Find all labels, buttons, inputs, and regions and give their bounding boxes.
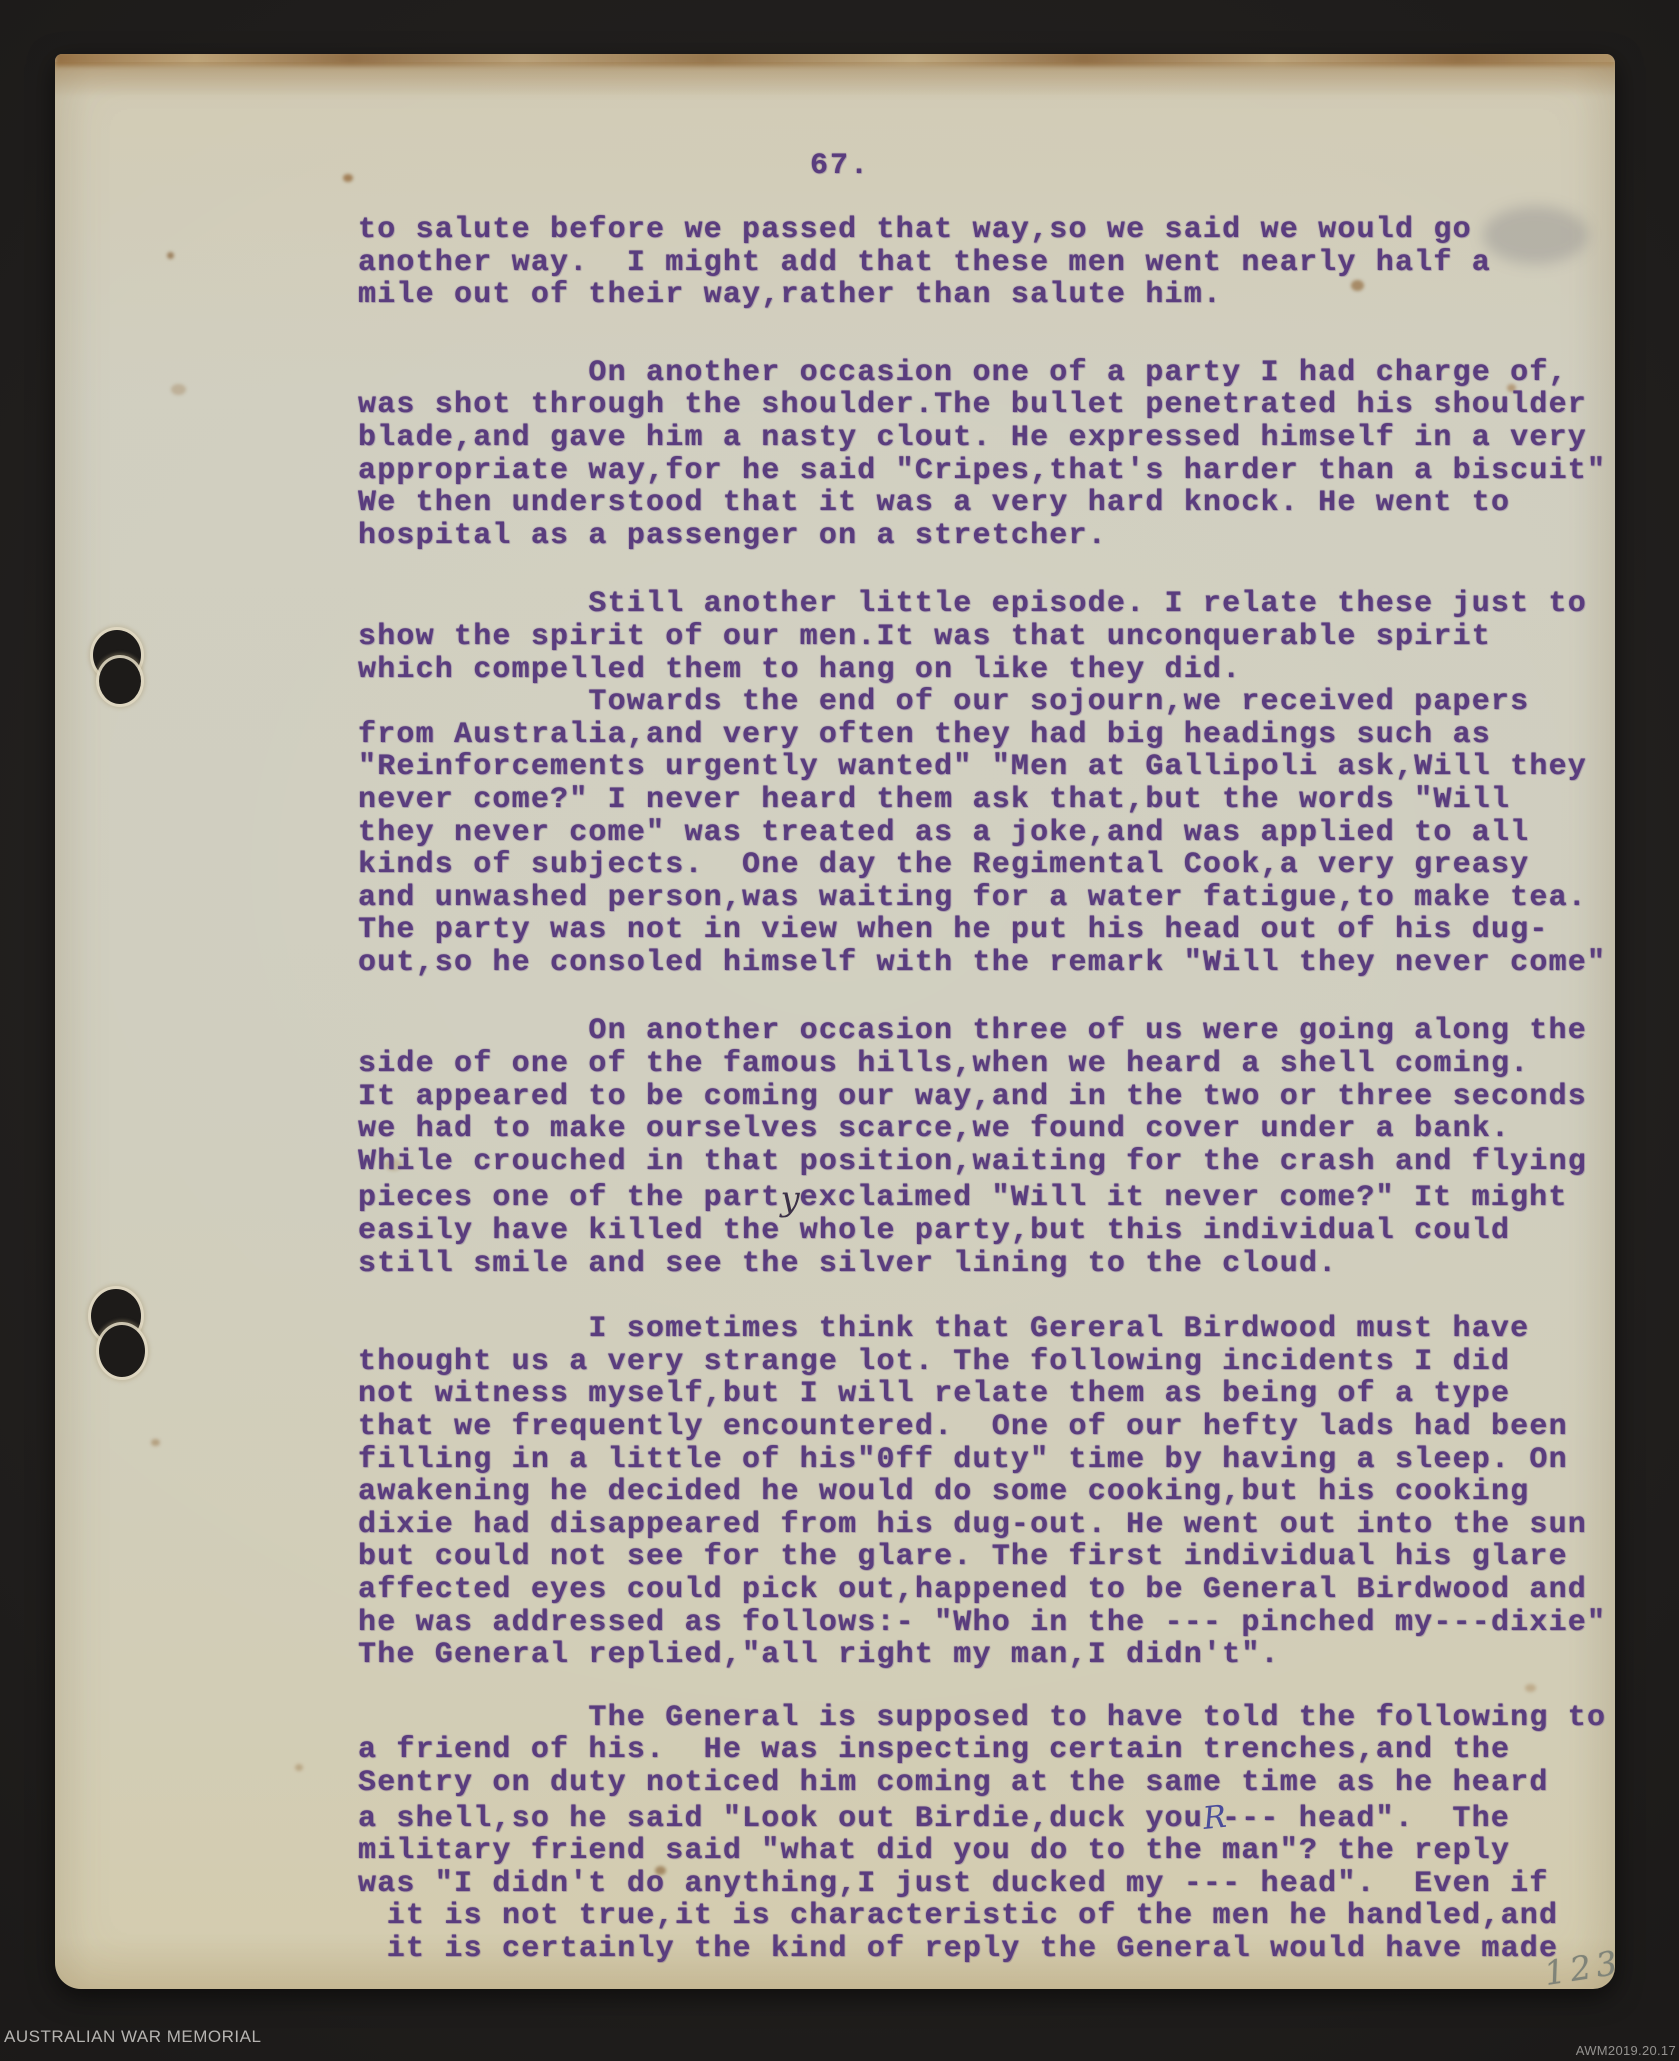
foxing-spot (295, 1764, 303, 1771)
foxing-spot (151, 1439, 160, 1446)
typed-line: another way. I might add that these men … (358, 247, 1615, 280)
typed-line: The General replied,"all right my man,I … (358, 1639, 1615, 1672)
typed-line: pieces one of the partyexclaimed "Will i… (358, 1178, 1615, 1215)
watermark-institution: AUSTRALIAN WAR MEMORIAL (4, 2027, 261, 2047)
typed-line: show the spirit of our men.It was that u… (358, 621, 1615, 654)
typed-line: thought us a very strange lot. The follo… (358, 1346, 1615, 1379)
typed-line: easily have killed the whole party,but t… (358, 1215, 1615, 1248)
foxing-spot (167, 252, 174, 259)
typed-line: it is not true,it is characteristic of t… (358, 1900, 1615, 1933)
typed-line: It appeared to be coming our way,and in … (358, 1081, 1615, 1114)
typed-line: hospital as a passenger on a stretcher. (358, 520, 1615, 553)
typed-line: still smile and see the silver lining to… (358, 1248, 1615, 1281)
typed-line: that we frequently encountered. One of o… (358, 1411, 1615, 1444)
typed-line: Sentry on duty noticed him coming at the… (358, 1767, 1615, 1800)
typed-line: Still another little episode. I relate t… (358, 588, 1615, 621)
typed-line: out,so he consoled himself with the rema… (358, 947, 1615, 980)
typed-line: affected eyes could pick out,happened to… (358, 1574, 1615, 1607)
paragraph: On another occasion three of us were goi… (358, 1015, 1615, 1280)
typed-line: I sometimes think that Gereral Birdwood … (358, 1313, 1615, 1346)
foxing-spot (171, 384, 186, 395)
typed-line: which compelled them to hang on like the… (358, 654, 1615, 687)
typed-line: we had to make ourselves scarce,we found… (358, 1113, 1615, 1146)
typed-line: On another occasion three of us were goi… (358, 1015, 1615, 1048)
paragraph: The General is supposed to have told the… (358, 1702, 1615, 1966)
typed-line: but could not see for the glare. The fir… (358, 1541, 1615, 1574)
typed-line: they never come" was treated as a joke,a… (358, 817, 1615, 850)
punch-hole-upper (91, 630, 149, 708)
typed-line: blade,and gave him a nasty clout. He exp… (358, 422, 1615, 455)
typed-line: was shot through the shoulder.The bullet… (358, 389, 1615, 422)
typed-line: and unwashed person,was waiting for a wa… (358, 882, 1615, 915)
typed-line: military friend said "what did you do to… (358, 1835, 1615, 1868)
paragraph: I sometimes think that Gereral Birdwood … (358, 1313, 1615, 1672)
watermark-accession-number: AWM2019.20.17 (1576, 2043, 1676, 2058)
typed-line: he was addressed as follows:- "Who in th… (358, 1607, 1615, 1640)
typed-line: never come?" I never heard them ask that… (358, 784, 1615, 817)
foxing-spot (343, 174, 353, 182)
document-page: 67. to salute before we passed that way,… (55, 54, 1615, 1989)
typed-line: The party was not in view when he put hi… (358, 914, 1615, 947)
typed-line: awakening he decided he would do some co… (358, 1476, 1615, 1509)
scan-mat: { "archive": { "watermark_left": "AUSTRA… (0, 0, 1679, 2061)
typed-line: it is certainly the kind of reply the Ge… (358, 1933, 1615, 1966)
typed-line: not witness myself,but I will relate the… (358, 1378, 1615, 1411)
typed-line: side of one of the famous hills,when we … (358, 1048, 1615, 1081)
typed-line: was "I didn't do anything,I just ducked … (358, 1868, 1615, 1901)
typed-line: While crouched in that position,waiting … (358, 1146, 1615, 1179)
typed-line: a friend of his. He was inspecting certa… (358, 1734, 1615, 1767)
page-number: 67. (760, 149, 920, 183)
handwritten-insertion: R (1201, 1801, 1223, 1835)
typed-line: The General is supposed to have told the… (358, 1702, 1615, 1735)
typed-line: On another occasion one of a party I had… (358, 357, 1615, 390)
typed-text: to salute before we passed that way,so w… (358, 214, 1615, 1966)
typed-line: We then understood that it was a very ha… (358, 487, 1615, 520)
typed-line: a shell,so he said "Look out Birdie,duck… (358, 1800, 1615, 1836)
handwritten-insertion: y (780, 1183, 799, 1216)
typed-line: kinds of subjects. One day the Regimenta… (358, 849, 1615, 882)
typed-line: filling in a little of his"0ff duty" tim… (358, 1444, 1615, 1477)
typed-line: appropriate way,for he said "Cripes,that… (358, 455, 1615, 488)
typed-line: "Reinforcements urgently wanted" "Men at… (358, 751, 1615, 784)
top-edge-stain-fade (55, 62, 1615, 96)
paragraph: On another occasion one of a party I had… (358, 357, 1615, 553)
typed-line: from Australia,and very often they had b… (358, 719, 1615, 752)
paragraph: Still another little episode. I relate t… (358, 588, 1615, 979)
typed-line: Towards the end of our sojourn,we receiv… (358, 686, 1615, 719)
typed-line: to salute before we passed that way,so w… (358, 214, 1615, 247)
typed-line: dixie had disappeared from his dug-out. … (358, 1509, 1615, 1542)
typed-line: mile out of their way,rather than salute… (358, 279, 1615, 312)
punch-hole-lower (89, 1289, 151, 1381)
paragraph: to salute before we passed that way,so w… (358, 214, 1615, 312)
